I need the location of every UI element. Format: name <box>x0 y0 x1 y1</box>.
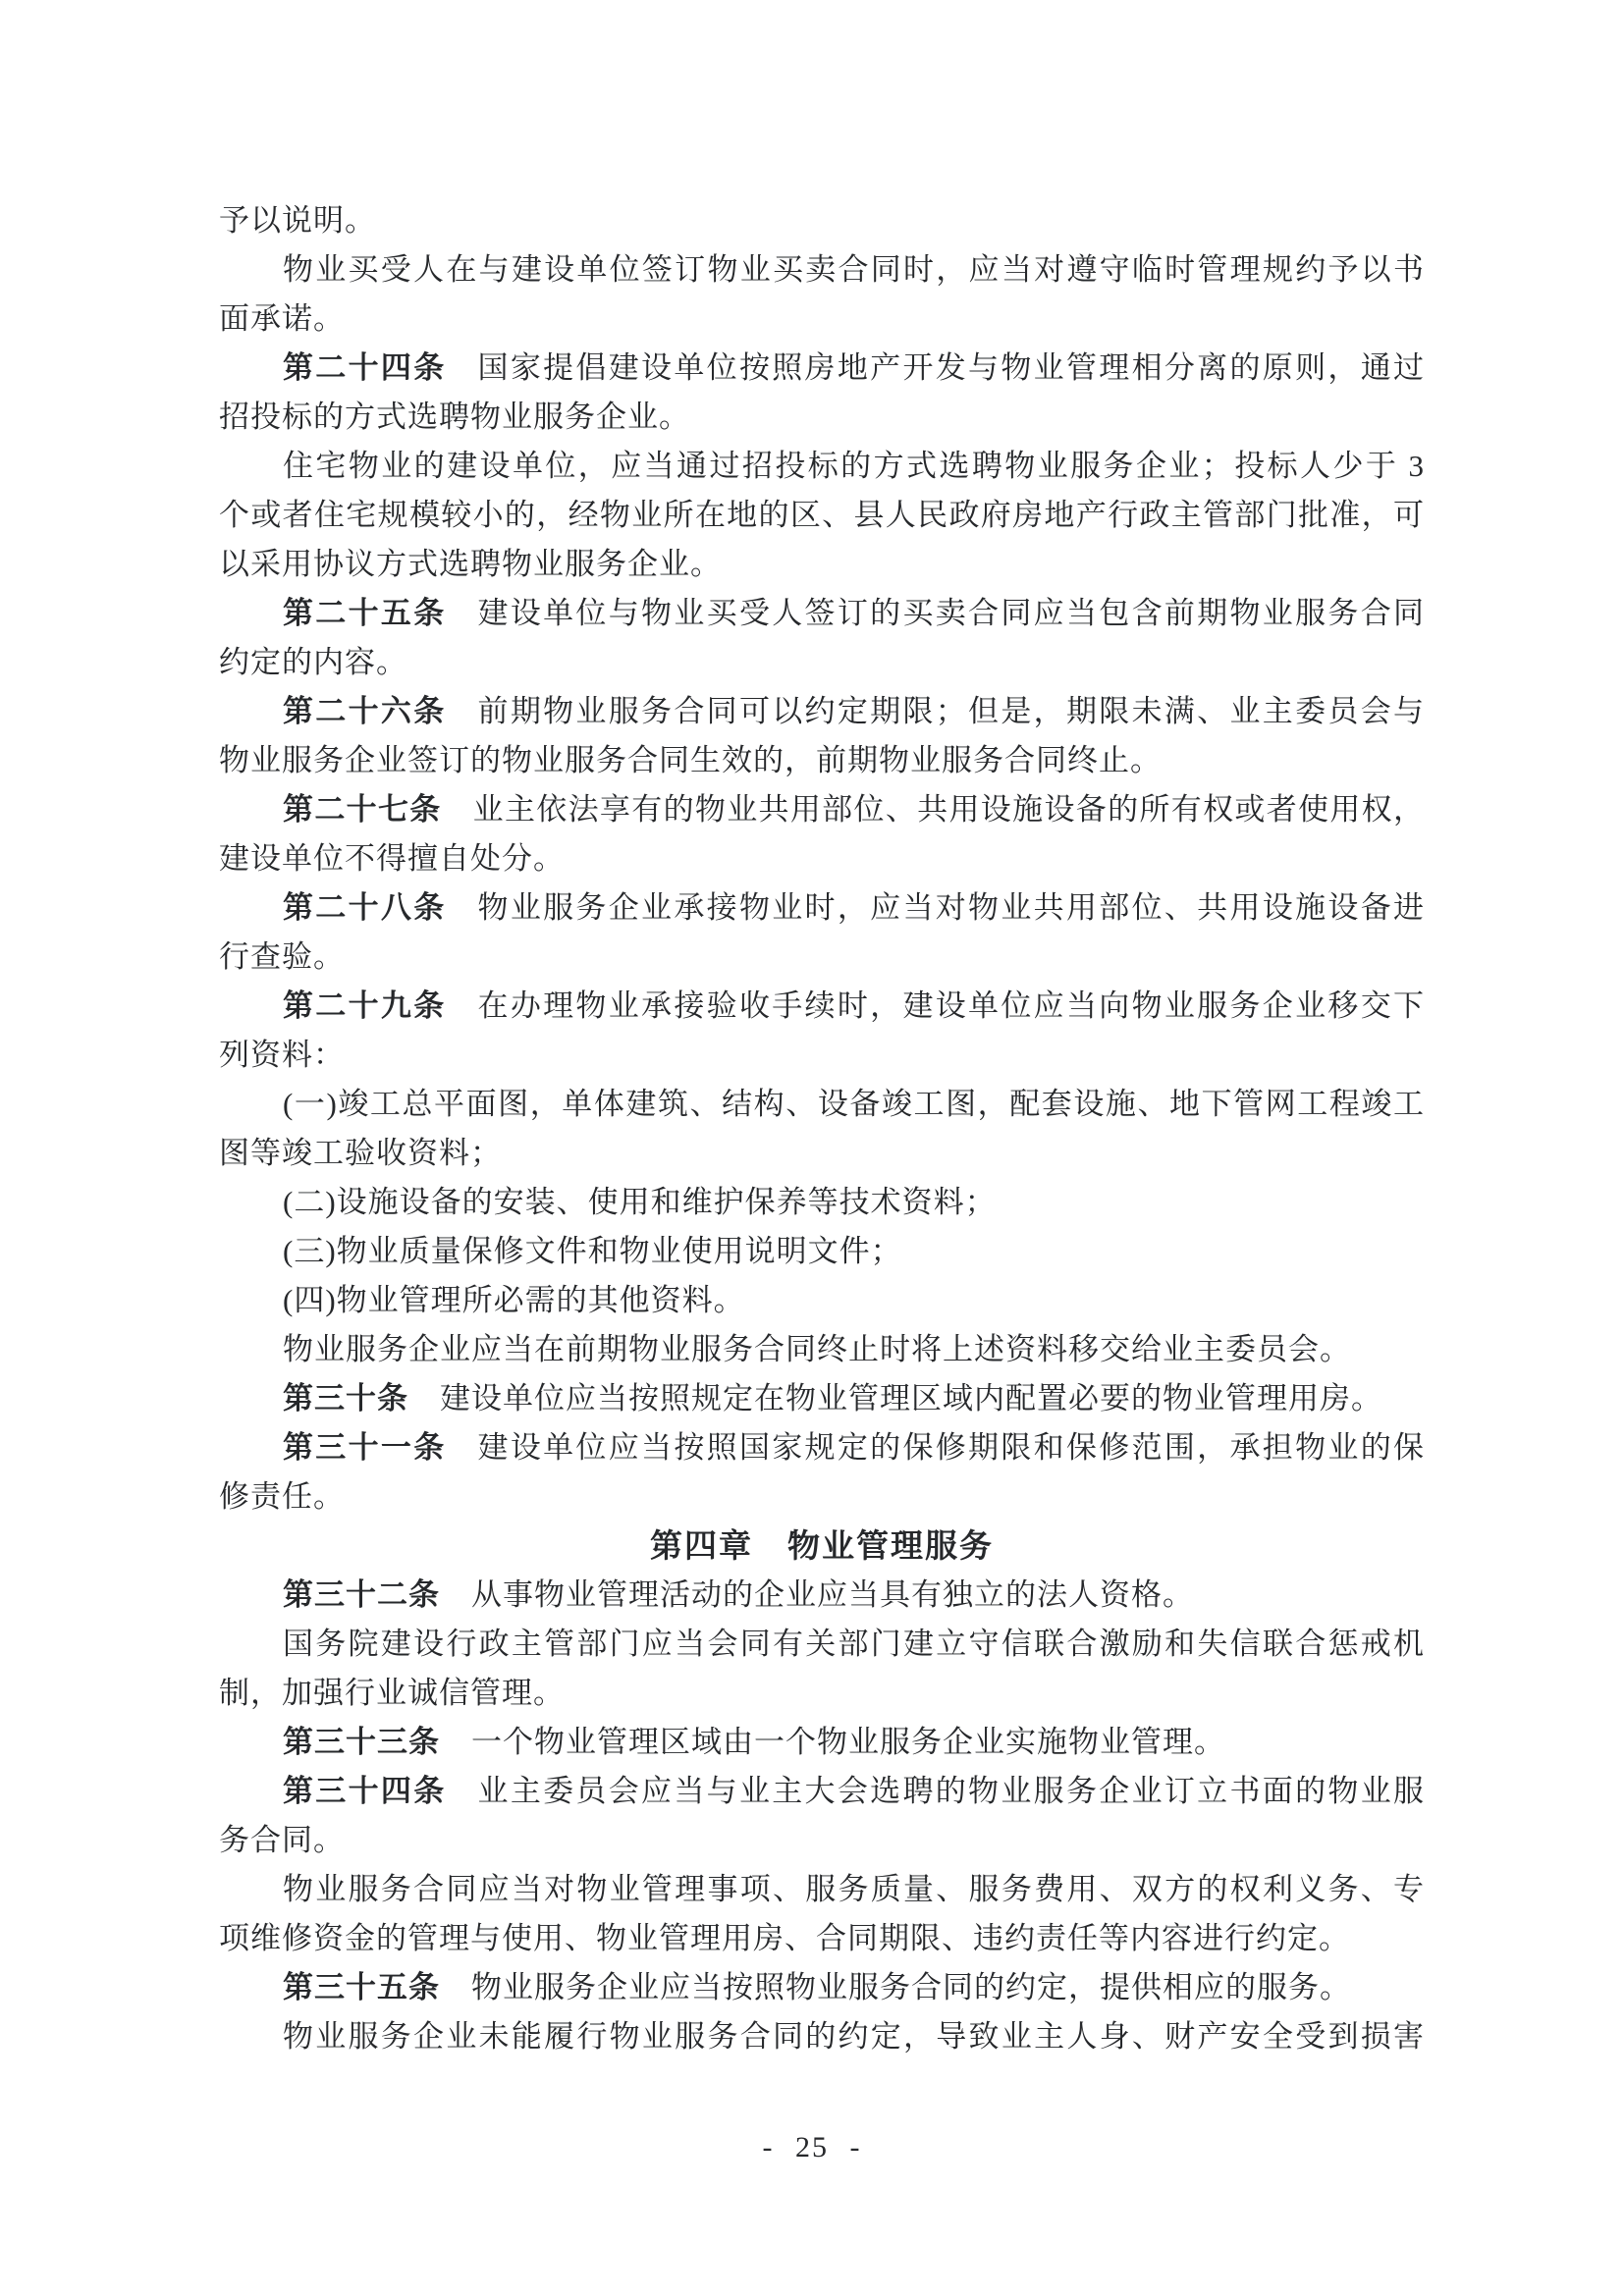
text-line: 图等竣工验收资料； <box>219 1129 1425 1178</box>
article-line: 第二十五条建设单位与物业买受人签订的买卖合同应当包含前期物业服务合同 <box>219 589 1425 638</box>
article-number: 第三十五条 <box>283 1970 440 2004</box>
text-line: 住宅物业的建设单位，应当通过招投标的方式选聘物业服务企业；投标人少于 3 <box>219 442 1425 491</box>
text-line: 予以说明。 <box>219 196 1425 245</box>
article-line: 第二十四条国家提倡建设单位按照房地产开发与物业管理相分离的原则，通过 <box>219 344 1425 393</box>
text-line: 国务院建设行政主管部门应当会同有关部门建立守信联合激励和失信联合惩戒机 <box>219 1620 1425 1669</box>
article-line: 第二十九条在办理物业承接验收手续时，建设单位应当向物业服务企业移交下 <box>219 982 1425 1031</box>
text-line: 务合同。 <box>219 1816 1425 1865</box>
article-number: 第三十条 <box>283 1381 408 1415</box>
text-line: 列资料： <box>219 1031 1425 1080</box>
text-line: 物业服务企业未能履行物业服务合同的约定，导致业主人身、财产安全受到损害 <box>219 2012 1425 2061</box>
text-line: 招投标的方式选聘物业服务企业。 <box>219 393 1425 442</box>
article-line: 第三十三条一个物业管理区域由一个物业服务企业实施物业管理。 <box>219 1718 1425 1767</box>
text-line: 建设单位不得擅自处分。 <box>219 834 1425 883</box>
article-number: 第二十四条 <box>283 350 447 385</box>
text-line: 面承诺。 <box>219 294 1425 344</box>
article-number: 第二十五条 <box>283 596 447 630</box>
text-line: 物业买受人在与建设单位签订物业买卖合同时，应当对遵守临时管理规约予以书 <box>219 245 1425 294</box>
article-line: 第三十二条从事物业管理活动的企业应当具有独立的法人资格。 <box>219 1571 1425 1620</box>
text-line: 物业服务合同应当对物业管理事项、服务质量、服务费用、双方的权利义务、专 <box>219 1865 1425 1914</box>
text-line: (一)竣工总平面图，单体建筑、结构、设备竣工图，配套设施、地下管网工程竣工 <box>219 1080 1425 1129</box>
text-line: (三)物业质量保修文件和物业使用说明文件； <box>219 1227 1425 1276</box>
article-line: 第三十一条建设单位应当按照国家规定的保修期限和保修范围，承担物业的保 <box>219 1423 1425 1472</box>
page-number: - 25 - <box>0 2123 1624 2172</box>
text-line: 约定的内容。 <box>219 638 1425 687</box>
article-number: 第二十七条 <box>283 792 442 827</box>
article-line: 第二十六条前期物业服务合同可以约定期限；但是，期限未满、业主委员会与 <box>219 687 1425 736</box>
article-line: 第三十条建设单位应当按照规定在物业管理区域内配置必要的物业管理用房。 <box>219 1374 1425 1423</box>
article-line: 第三十四条业主委员会应当与业主大会选聘的物业服务企业订立书面的物业服 <box>219 1767 1425 1816</box>
text-line: 以采用协议方式选聘物业服务企业。 <box>219 540 1425 589</box>
document-body: 予以说明。物业买受人在与建设单位签订物业买卖合同时，应当对遵守临时管理规约予以书… <box>219 196 1425 2061</box>
article-line: 第三十五条物业服务企业应当按照物业服务合同的约定，提供相应的服务。 <box>219 1963 1425 2012</box>
article-number: 第二十八条 <box>283 890 447 925</box>
article-number: 第三十二条 <box>283 1577 440 1612</box>
text-line: 个或者住宅规模较小的，经物业所在地的区、县人民政府房地产行政主管部门批准，可 <box>219 491 1425 540</box>
text-line: 制，加强行业诚信管理。 <box>219 1669 1425 1718</box>
text-line: (二)设施设备的安装、使用和维护保养等技术资料； <box>219 1178 1425 1227</box>
article-line: 第二十八条物业服务企业承接物业时，应当对物业共用部位、共用设施设备进 <box>219 883 1425 933</box>
text-line: 行查验。 <box>219 933 1425 982</box>
article-number: 第三十一条 <box>283 1430 447 1465</box>
article-line: 第二十七条业主依法享有的物业共用部位、共用设施设备的所有权或者使用权， <box>219 785 1425 834</box>
chapter-heading: 第四章 物业管理服务 <box>219 1522 1425 1571</box>
text-line: 物业服务企业签订的物业服务合同生效的，前期物业服务合同终止。 <box>219 736 1425 785</box>
text-line: 物业服务企业应当在前期物业服务合同终止时将上述资料移交给业主委员会。 <box>219 1325 1425 1374</box>
text-line: (四)物业管理所必需的其他资料。 <box>219 1276 1425 1325</box>
article-number: 第三十三条 <box>283 1725 440 1759</box>
document-page: 予以说明。物业买受人在与建设单位签订物业买卖合同时，应当对遵守临时管理规约予以书… <box>0 0 1624 2296</box>
article-number: 第二十九条 <box>283 988 447 1023</box>
article-number: 第三十四条 <box>283 1774 447 1808</box>
text-line: 项维修资金的管理与使用、物业管理用房、合同期限、违约责任等内容进行约定。 <box>219 1914 1425 1963</box>
text-line: 修责任。 <box>219 1472 1425 1522</box>
article-number: 第二十六条 <box>283 694 447 728</box>
